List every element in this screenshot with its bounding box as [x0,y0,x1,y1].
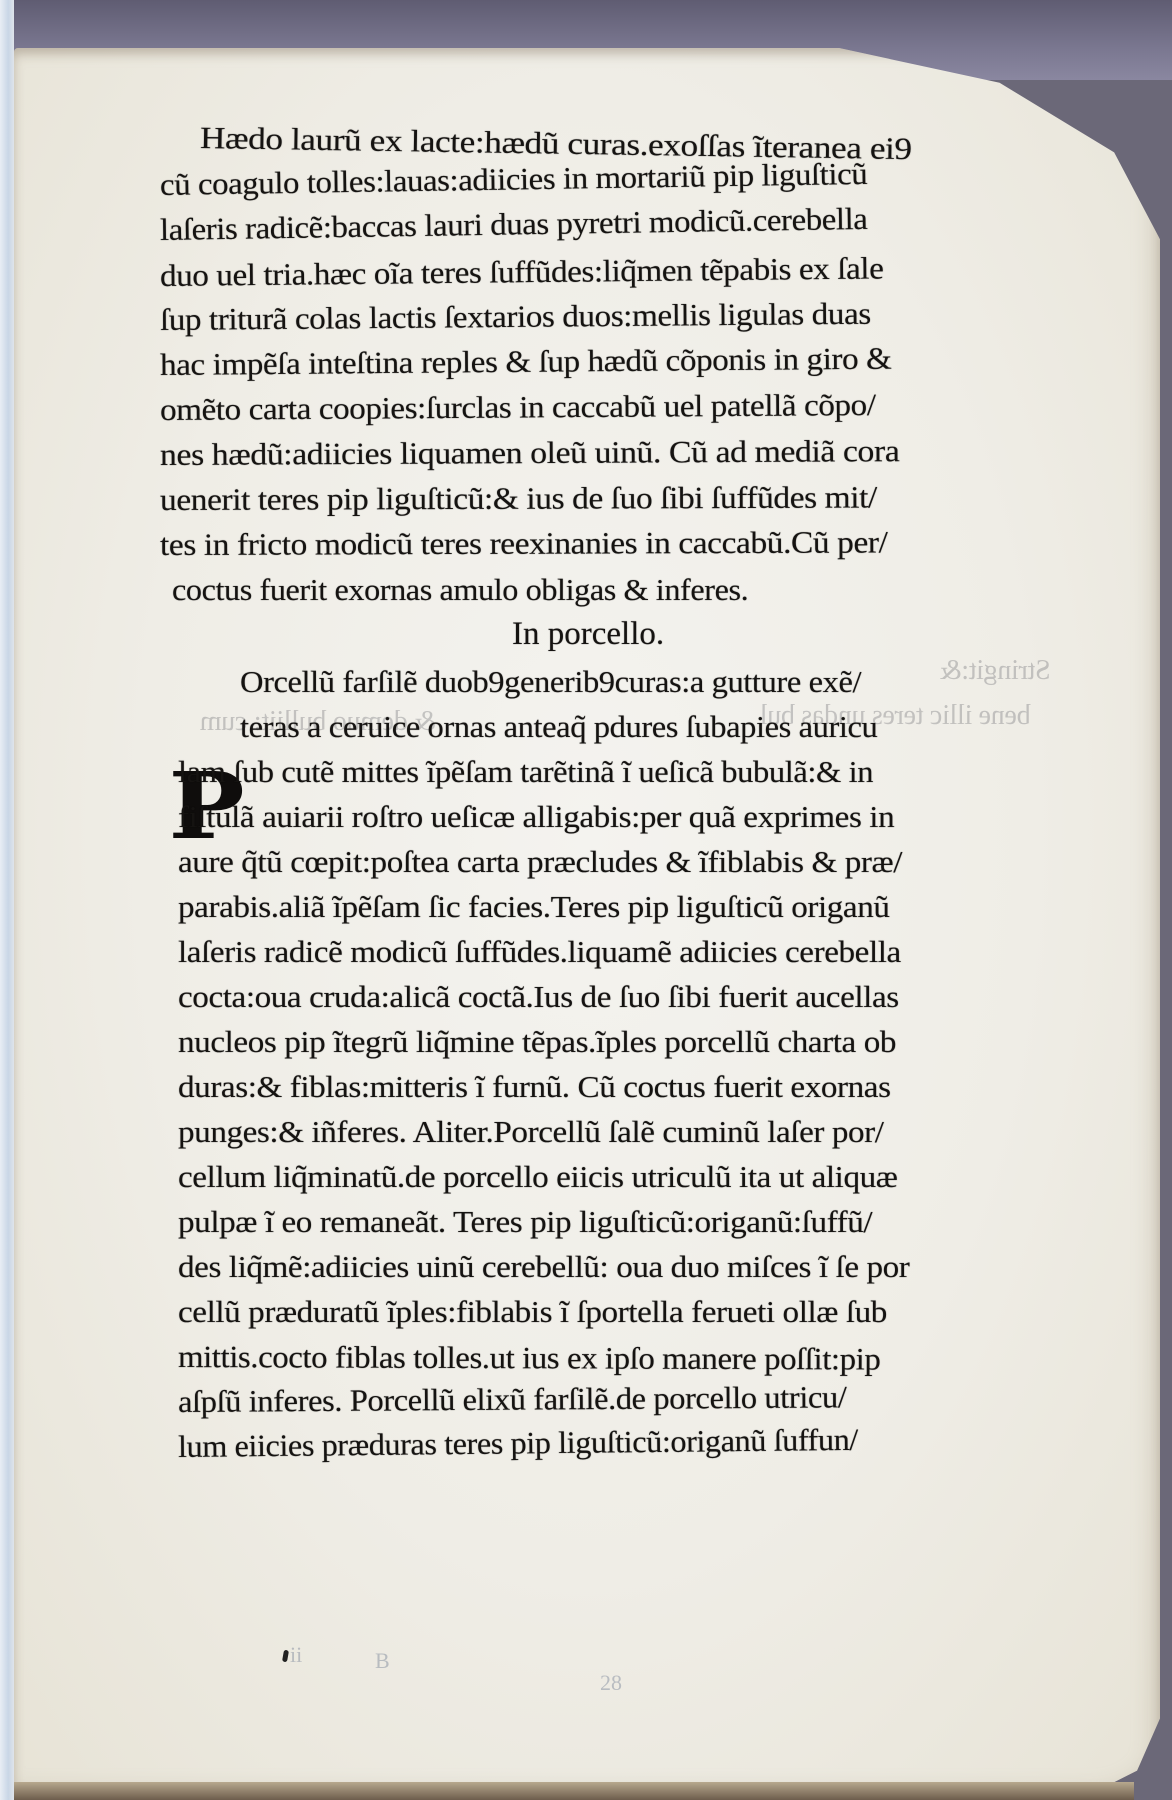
page-text-block: Stringit:& bene illic teres undas bul & … [0,0,1172,1800]
text-line: pulpæ ĩ eo remaneãt. Teres pip liguſticũ… [178,1202,872,1242]
text-line: duo uel tria.hæc oĩa teres ſuffũdes:liq̃… [160,248,884,296]
text-line: cũ coagulo tolles:lauas:adiicies in mort… [160,154,868,205]
text-line: duras:& fiblas:mitteris ĩ furnũ. Cũ coct… [178,1067,891,1107]
text-line: laſeris radicẽ:baccas lauri duas pyretri… [160,199,868,250]
text-line: des liq̃mẽ:adiicies uinũ cerebellũ: oua … [178,1247,909,1287]
text-line: tes in fricto modicũ teres reexinanies i… [160,522,888,565]
show-through-text: Stringit:& [940,655,1051,687]
text-line: cocta:oua cruda:alicã coctã.Ius de ſuo ſ… [178,977,899,1017]
signature-mark: B [375,1648,390,1674]
text-line: uenerit teres pip liguſticũ:& ius de ſuo… [160,477,877,520]
text-line: cellum liq̃minatũ.de porcello eiicis utr… [178,1157,897,1197]
text-line: fiſtulã auiarii roſtro ueſicæ alligabis:… [178,797,894,837]
text-line: aſpſũ inferes. Porcellũ elixũ farſilẽ.de… [178,1377,847,1422]
ink-mark [282,1650,289,1663]
section-heading: In porcello. [512,614,664,654]
text-line: laſeris radicẽ modicũ ſuffũdes.liquamẽ a… [178,932,901,972]
text-line: omẽto carta coopies:ſurclas in caccabũ u… [160,385,876,430]
text-line: cellũ præduratũ ĩples:fiblabis ĩ ſportel… [178,1292,887,1332]
text-line: lum eiicies præduras teres pip liguſticũ… [178,1420,858,1467]
folio-mark: 28 [600,1670,622,1696]
text-line: lam ſub cutẽ mittes ĩpẽſam tarẽtinã ĩ ue… [178,752,873,792]
text-line: nucleos pip ĩtegrũ liq̃mine tẽpas.ĩples … [178,1022,896,1062]
text-line: punges:& iñferes. Aliter.Porcellũ ſalẽ c… [178,1112,884,1152]
text-line: teras a ceruice ornas anteaq̃ pdures ſub… [240,707,877,747]
text-line: hac impẽſa inteſtina reples & ſup hædũ c… [160,339,892,385]
text-line: ſup triturã colas lactis ſextarios duos:… [160,294,871,340]
text-line: Orcellũ farſilẽ duob9generib9curas:a gut… [240,662,861,702]
text-line: aure q̃tũ cœpit:poſtea carta præcludes &… [178,842,902,882]
text-line: coctus fuerit exornas amulo obligas & in… [172,570,748,610]
signature-mark: ii [290,1642,302,1668]
text-line: parabis.aliã ĩpẽſam ſic facies.Teres pip… [178,887,890,927]
text-line: nes hædũ:adiicies liquamen oleũ uinũ. Cũ… [160,431,900,475]
text-line: mittis.cocto fiblas tolles.ut ius ex ipſ… [178,1337,881,1379]
